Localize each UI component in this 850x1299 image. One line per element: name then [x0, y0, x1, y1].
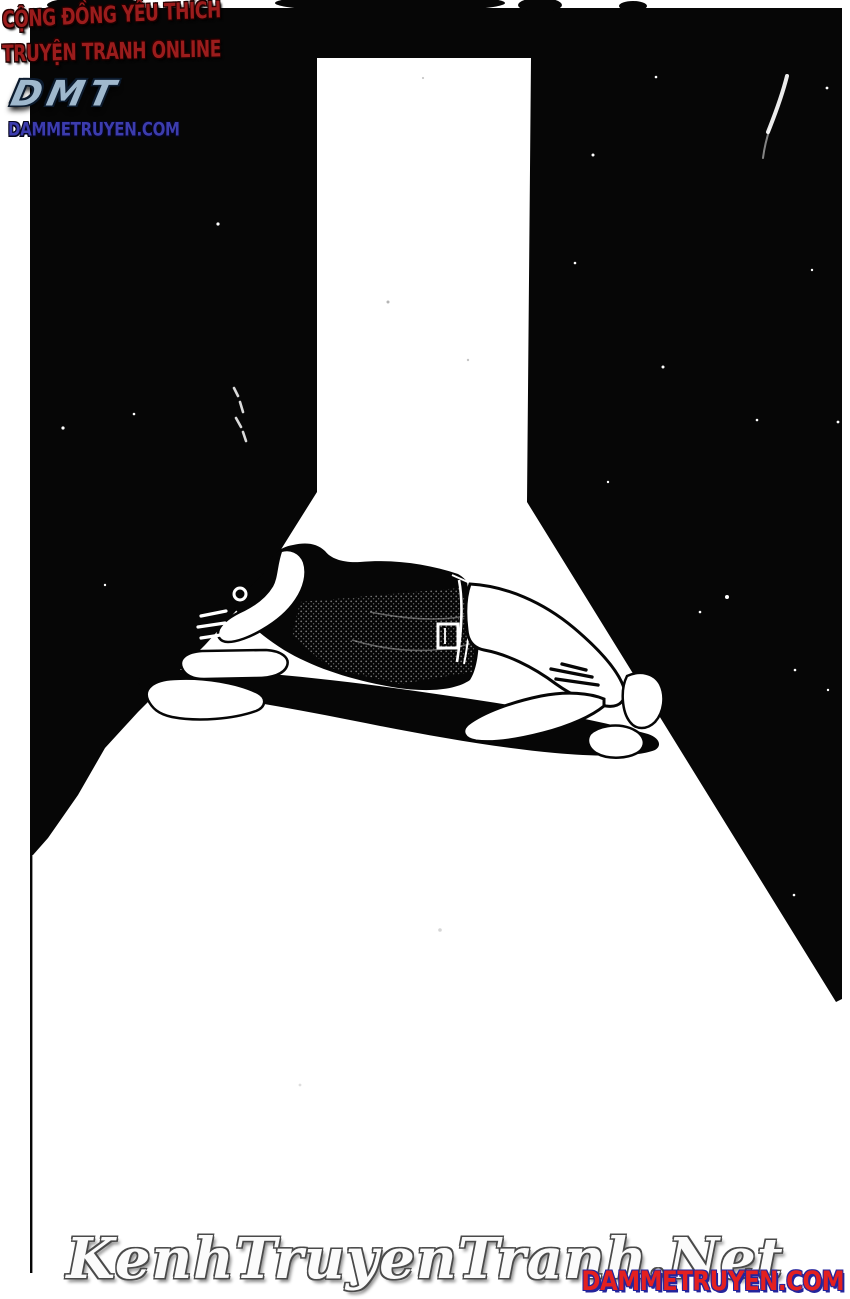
figure-heel [623, 673, 664, 728]
figure-shirt-stipple [292, 588, 476, 684]
panel-left-border-line [30, 853, 32, 1273]
manga-panel-art [0, 0, 850, 1299]
dark-room-walls [30, 8, 842, 1002]
manga-page: CỘNG ĐỒNG YÊU THÍCH TRUYỆN TRANH ONLINE … [0, 0, 850, 1299]
figure-foot [588, 726, 644, 758]
figure-ground-forearm [181, 650, 288, 679]
